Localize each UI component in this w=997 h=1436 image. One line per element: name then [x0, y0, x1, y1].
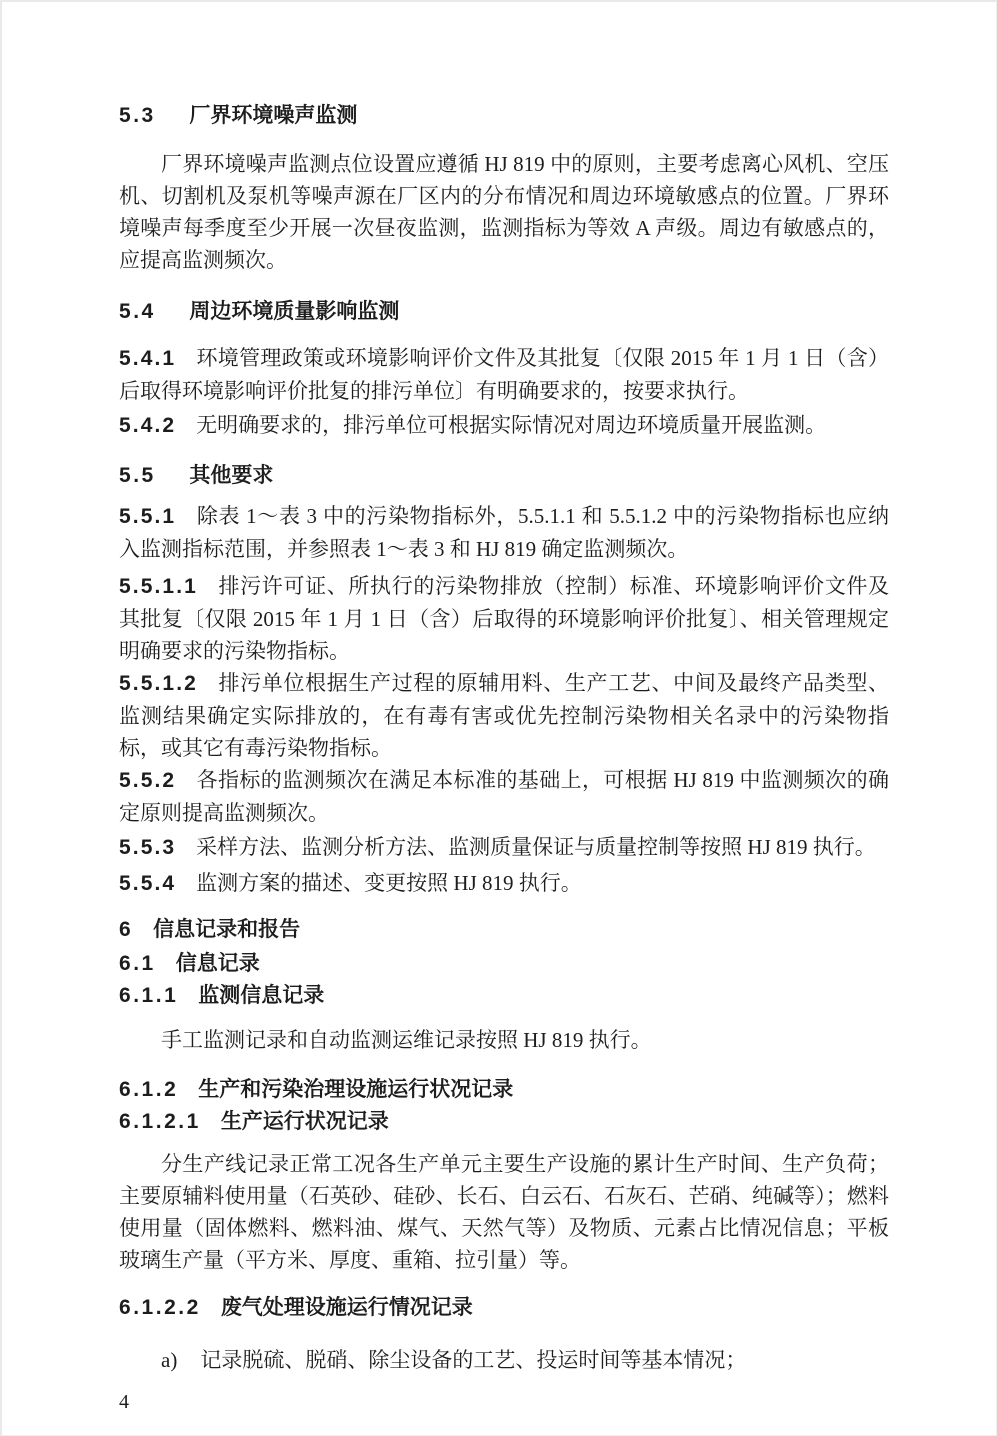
- section-number: 6.1: [119, 952, 156, 975]
- section-title: 信息记录和报告: [153, 918, 300, 941]
- page-number: 4: [119, 1386, 889, 1418]
- clause-5-5-1: 5.5.1除表 1～表 3 中的污染物指标外，5.5.1.1 和 5.5.1.2…: [119, 500, 889, 565]
- clause-5-5-3: 5.5.3采样方法、监测分析方法、监测质量保证与质量控制等按照 HJ 819 执…: [119, 831, 889, 864]
- paragraph-6-1-2-1: 分生产线记录正常工况各生产单元主要生产设施的累计生产时间、生产负荷；主要原辅料使…: [119, 1148, 889, 1276]
- clause-number: 5.4.2: [119, 414, 196, 437]
- clause-5-4-2: 5.4.2无明确要求的，排污单位可根据实际情况对周边环境质量开展监测。: [119, 409, 889, 442]
- section-heading-6-1-2-2: 6.1.2.2废气处理设施运行情况记录: [119, 1292, 889, 1324]
- clause-text: 排污单位根据生产过程的原辅用料、生产工艺、中间及最终产品类型、监测结果确定实际排…: [119, 671, 889, 760]
- section-number: 6: [119, 918, 133, 941]
- clause-number: 5.5.1: [119, 505, 196, 528]
- section-title: 周边环境质量影响监测: [189, 300, 399, 323]
- section-number: 5.5: [119, 464, 156, 487]
- section-heading-6-1-2-1: 6.1.2.1生产运行状况记录: [119, 1106, 889, 1138]
- section-title: 生产和污染治理设施运行状况记录: [198, 1078, 513, 1101]
- section-number: 5.4: [119, 300, 156, 323]
- clause-text: 无明确要求的，排污单位可根据实际情况对周边环境质量开展监测。: [196, 413, 826, 437]
- clause-5-5-4: 5.5.4监测方案的描述、变更按照 HJ 819 执行。: [119, 867, 889, 900]
- list-item-text: 记录脱硫、脱硝、除尘设备的工艺、投运时间等基本情况；: [200, 1348, 746, 1372]
- clause-number: 5.5.1.1: [119, 575, 218, 598]
- clause-text: 各指标的监测频次在满足本标准的基础上，可根据 HJ 819 中监测频次的确定原则…: [119, 768, 889, 825]
- section-title: 厂界环境噪声监测: [189, 104, 357, 127]
- clause-text: 采样方法、监测分析方法、监测质量保证与质量控制等按照 HJ 819 执行。: [196, 835, 876, 859]
- clause-number: 5.5.4: [119, 872, 196, 895]
- clause-text: 除表 1～表 3 中的污染物指标外，5.5.1.1 和 5.5.1.2 中的污染…: [119, 504, 889, 561]
- section-number: 6.1.2.1: [119, 1110, 201, 1133]
- clause-number: 5.5.2: [119, 769, 196, 792]
- clause-5-5-1-2: 5.5.1.2排污单位根据生产过程的原辅用料、生产工艺、中间及最终产品类型、监测…: [119, 667, 889, 764]
- list-item-a: a)记录脱硫、脱硝、除尘设备的工艺、投运时间等基本情况；: [119, 1344, 889, 1376]
- clause-text: 环境管理政策或环境影响评价文件及其批复〔仅限 2015 年 1 月 1 日（含）…: [119, 346, 889, 403]
- list-marker: a): [161, 1348, 177, 1372]
- clause-text: 排污许可证、所执行的污染物排放（控制）标准、环境影响评价文件及其批复〔仅限 20…: [119, 574, 889, 663]
- section-number: 5.3: [119, 104, 156, 127]
- clause-5-4-1: 5.4.1环境管理政策或环境影响评价文件及其批复〔仅限 2015 年 1 月 1…: [119, 342, 889, 407]
- section-title: 其他要求: [189, 464, 273, 487]
- section-heading-6-1-2: 6.1.2生产和污染治理设施运行状况记录: [119, 1074, 889, 1106]
- section-title: 生产运行状况记录: [221, 1110, 389, 1133]
- section-heading-6-1-1: 6.1.1监测信息记录: [119, 980, 889, 1012]
- section-heading-5-4: 5.4周边环境质量影响监测: [119, 296, 889, 328]
- document-page: 5.3厂界环境噪声监测 厂界环境噪声监测点位设置应遵循 HJ 819 中的原则，…: [0, 0, 997, 1436]
- clause-number: 5.5.1.2: [119, 672, 218, 695]
- clause-text: 监测方案的描述、变更按照 HJ 819 执行。: [196, 871, 582, 895]
- section-title: 废气处理设施运行情况记录: [221, 1296, 473, 1319]
- section-heading-5-5: 5.5其他要求: [119, 460, 889, 492]
- clause-number: 5.4.1: [119, 347, 196, 370]
- clause-number: 5.5.3: [119, 836, 196, 859]
- section-title: 信息记录: [176, 952, 260, 975]
- section-number: 6.1.2.2: [119, 1296, 201, 1319]
- paragraph-5-3: 厂界环境噪声监测点位设置应遵循 HJ 819 中的原则，主要考虑离心风机、空压机…: [119, 148, 889, 276]
- clause-5-5-2: 5.5.2各指标的监测频次在满足本标准的基础上，可根据 HJ 819 中监测频次…: [119, 764, 889, 829]
- paragraph-6-1-1: 手工监测记录和自动监测运维记录按照 HJ 819 执行。: [119, 1024, 889, 1056]
- section-heading-6-1: 6.1信息记录: [119, 948, 889, 980]
- section-title: 监测信息记录: [198, 984, 324, 1007]
- section-number: 6.1.2: [119, 1078, 178, 1101]
- section-heading-5-3: 5.3厂界环境噪声监测: [119, 100, 889, 132]
- clause-5-5-1-1: 5.5.1.1排污许可证、所执行的污染物排放（控制）标准、环境影响评价文件及其批…: [119, 570, 889, 667]
- chapter-heading-6: 6信息记录和报告: [119, 914, 889, 946]
- section-number: 6.1.1: [119, 984, 178, 1007]
